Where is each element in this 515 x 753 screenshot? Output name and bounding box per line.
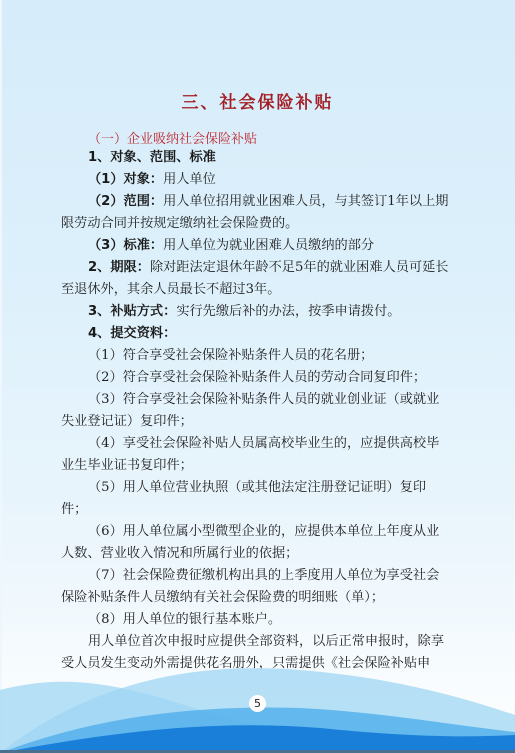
item-label: （1）对象： xyxy=(88,172,163,187)
material-5-cont: 件； xyxy=(61,502,87,518)
item-text: 实行先缴后补的办法，按季申请拨付。 xyxy=(176,304,400,319)
material-6-cont: 人数、营业收入情况和所属行业的依据； xyxy=(61,546,298,562)
item-method: 3、补贴方式：实行先缴后补的办法，按季申请拨付。 xyxy=(88,304,401,320)
item-label: 2、期限： xyxy=(88,260,150,275)
item-label: （2）范围： xyxy=(88,194,163,209)
item-object: （1）对象：用人单位 xyxy=(88,172,216,188)
material-8: （8）用人单位的银行基本账户。 xyxy=(88,612,281,628)
material-5: （5）用人单位营业执照（或其他法定注册登记证明）复印 xyxy=(88,480,426,496)
material-1: （1）符合享受社会保险补贴条件人员的花名册； xyxy=(88,348,373,364)
material-6: （6）用人单位属小型微型企业的，应提供本单位上年度从业 xyxy=(88,524,439,540)
item-period: 2、期限：除对距法定退休年龄不足5年的就业困难人员可延长 xyxy=(88,260,448,276)
heading-criteria: 1、对象、范围、标准 xyxy=(88,150,216,166)
subheading: （一）企业吸纳社会保险补贴 xyxy=(88,128,257,147)
note-paragraph: 用人单位首次申报时应提供全部资料，以后正常申报时，除享 xyxy=(88,634,444,650)
material-3: （3）符合享受社会保险补贴条件人员的就业创业证（或就业 xyxy=(88,392,439,408)
material-2: （2）符合享受社会保险补贴条件人员的劳动合同复印件； xyxy=(88,370,426,386)
heading-text: 4、提交资料： xyxy=(88,326,176,341)
item-text: 除对距法定退休年龄不足5年的就业困难人员可延长 xyxy=(150,260,449,275)
item-label: （3）标准： xyxy=(88,238,163,253)
material-3-cont: 失业登记证）复印件； xyxy=(61,414,193,430)
item-scope: （2）范围：用人单位招用就业困难人员，与其签订1年以上期 xyxy=(88,194,448,210)
item-label: 3、补贴方式： xyxy=(88,304,176,319)
heading-text: 1、对象、范围、标准 xyxy=(88,150,216,165)
item-period-cont: 至退休外，其余人员最长不超过3年。 xyxy=(61,282,280,298)
material-7-cont: 保险补贴条件人员缴纳有关社会保险费的明细账（单）； xyxy=(61,590,384,606)
section-title: 三、社会保险补贴 xyxy=(0,88,515,113)
item-text: 用人单位招用就业困难人员，与其签订1年以上期 xyxy=(163,194,448,209)
material-4: （4）享受社会保险补贴人员属高校毕业生的，应提供高校毕 xyxy=(88,436,439,452)
item-text: 用人单位为就业困难人员缴纳的部分 xyxy=(163,238,374,253)
material-7: （7）社会保险费征缴机构出具的上季度用人单位为享受社会 xyxy=(88,568,439,584)
page-number: 5 xyxy=(249,695,266,712)
item-scope-cont: 限劳动合同并按规定缴纳社会保险费的。 xyxy=(61,216,298,232)
heading-materials: 4、提交资料： xyxy=(88,326,176,342)
material-4-cont: 业生毕业证书复印件； xyxy=(61,458,193,474)
item-standard: （3）标准：用人单位为就业困难人员缴纳的部分 xyxy=(88,238,374,254)
item-text: 用人单位 xyxy=(163,172,216,187)
